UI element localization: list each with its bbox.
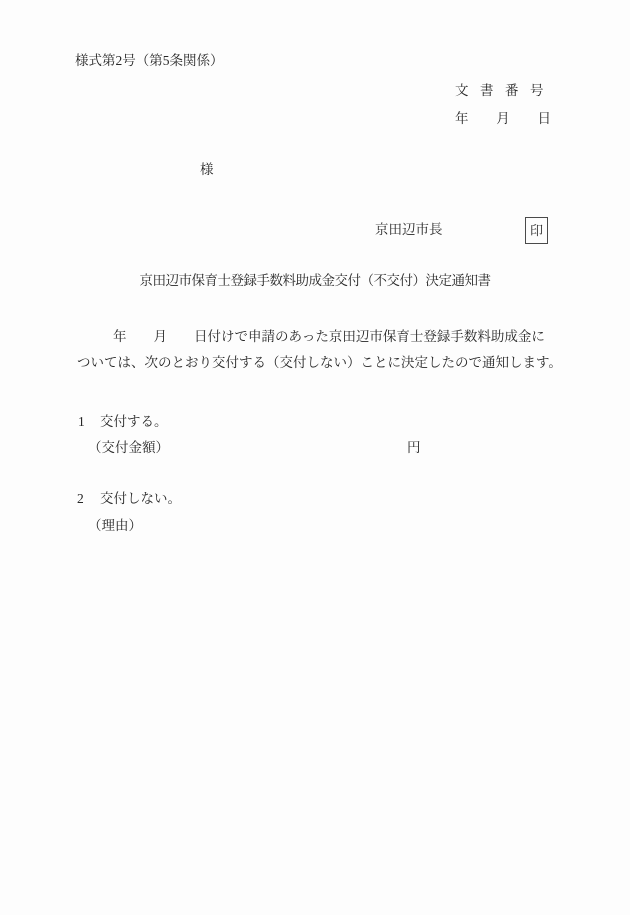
form-number-label: 様式第2号（第5条関係） [75,54,224,68]
item-2-reason-label: （理由） [88,519,142,533]
item-1-amount-label: （交付金額） [88,441,169,455]
seal-box: 印 [525,217,548,244]
header-date-line: 年 月 日 [455,112,551,126]
notification-document-page: 様式第2号（第5条関係） 文 書 番 号 年 月 日 様 京田辺市長 印 京田辺… [0,0,630,915]
date-year-label: 年 [455,112,469,126]
item-1-currency-unit: 円 [407,441,421,455]
addressee-honorific: 様 [200,163,214,177]
item-1-number: 1 [78,415,85,429]
item-2-label: 交付しない。 [100,492,181,506]
item-2-number: 2 [77,492,84,506]
item-1-label: 交付する。 [100,415,168,429]
sender-name: 京田辺市長 [375,223,443,237]
date-month-label: 月 [496,112,510,126]
seal-character: 印 [530,224,543,237]
document-number-field: 文 書 番 号 [455,84,543,98]
date-day-label: 日 [538,112,552,126]
body-text-line-1: 年 月 日付けで申請のあった京田辺市保育士登録手数料助成金に [77,330,545,344]
document-title: 京田辺市保育士登録手数料助成金交付（不交付）決定通知書 [0,274,630,288]
body-text-line-2: ついては、次のとおり交付する（交付しない）ことに決定したので通知します。 [77,356,562,370]
